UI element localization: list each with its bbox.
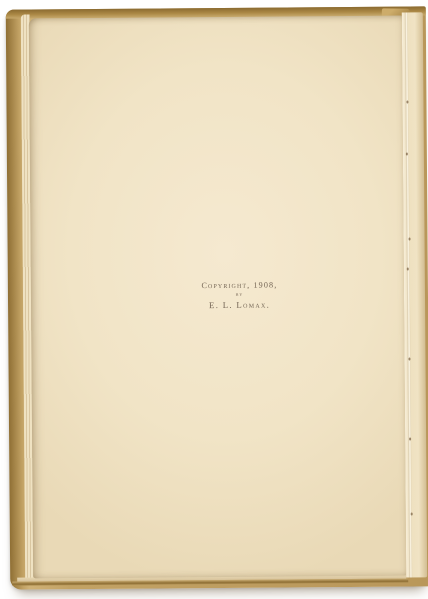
foxing-speck bbox=[409, 237, 411, 240]
copyright-block: Copyright, 1908, by E. L. Lomax. bbox=[154, 280, 324, 310]
photo-background: Copyright, 1908, by E. L. Lomax. bbox=[0, 0, 428, 599]
foxing-speck bbox=[411, 512, 413, 515]
author-line: E. L. Lomax. bbox=[155, 299, 325, 310]
book-page: Copyright, 1908, by E. L. Lomax. bbox=[29, 16, 406, 579]
fore-edge bbox=[402, 12, 427, 577]
foxing-speck bbox=[409, 437, 411, 440]
by-line: by bbox=[154, 290, 324, 299]
foxing-speck bbox=[406, 100, 408, 103]
book: Copyright, 1908, by E. L. Lomax. bbox=[6, 6, 428, 589]
fore-edge-crease bbox=[405, 13, 412, 578]
copyright-line: Copyright, 1908, bbox=[154, 280, 324, 290]
foxing-speck bbox=[406, 153, 408, 156]
foxing-speck bbox=[408, 357, 410, 360]
foxing-speck bbox=[407, 268, 409, 271]
